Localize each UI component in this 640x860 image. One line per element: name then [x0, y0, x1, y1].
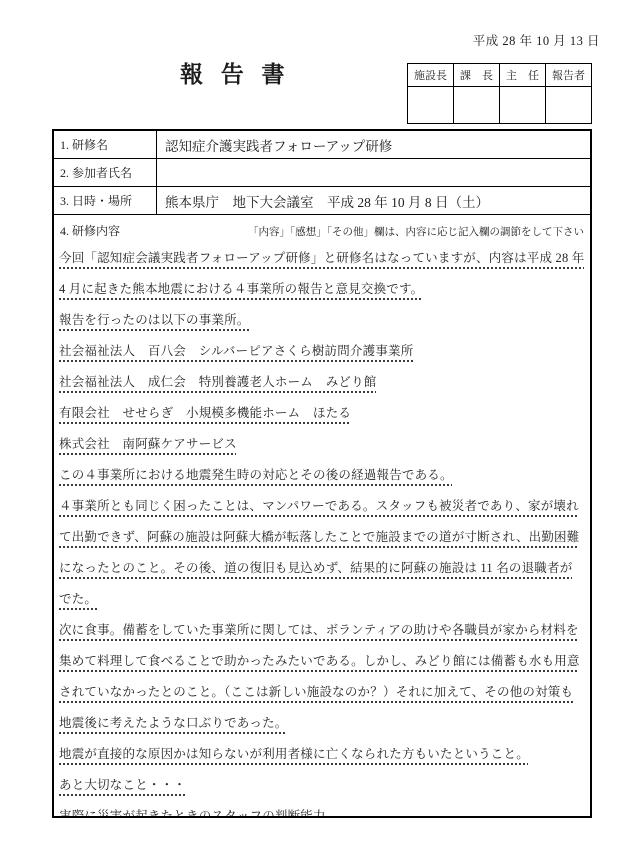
info-row-training-name: 1. 研修名 認知症介護実践者フォローアップ研修	[54, 131, 590, 159]
approval-col-facility-director: 施設長	[408, 64, 454, 87]
training-content-label: 4. 研修内容	[60, 222, 120, 239]
approval-stamp-row	[408, 87, 592, 124]
training-content-section: 4. 研修内容 「内容」「感想」「その他」欄は、内容に応じ記入欄の調節をして下さ…	[54, 215, 590, 816]
approval-stamp-table: 施設長 課 長 主 任 報告者	[407, 63, 592, 124]
stamp-cell-reporter	[546, 87, 592, 124]
body-paragraph: 株式会社 南阿蘇ケアサービス	[59, 429, 585, 460]
body-paragraph: この４事業所における地震発生時の対応とその後の経過報告である。	[59, 460, 585, 491]
document-date: 平成 28 年 10 月 13 日	[473, 31, 600, 49]
approval-col-reporter: 報告者	[546, 64, 592, 87]
info-row-participant-name: 2. 参加者氏名	[54, 159, 590, 187]
document-title: 報 告 書	[180, 56, 291, 89]
body-paragraph: 今回「認知症会議実践者フォローアップ研修」と研修名はなっていますが、内容は平成 …	[59, 243, 585, 305]
participant-name-label: 2. 参加者氏名	[54, 159, 157, 186]
stamp-cell-section-chief	[454, 87, 500, 124]
training-content-header: 4. 研修内容 「内容」「感想」「その他」欄は、内容に応じ記入欄の調節をして下さ…	[54, 215, 590, 239]
training-name-label: 1. 研修名	[54, 131, 157, 158]
entry-field-adjustment-note: 「内容」「感想」「その他」欄は、内容に応じ記入欄の調節をして下さい	[248, 224, 584, 239]
body-paragraph: あと大切なこと・・・	[59, 770, 585, 801]
report-info-table: 1. 研修名 認知症介護実践者フォローアップ研修 2. 参加者氏名 3. 日時・…	[52, 129, 592, 818]
body-paragraph: ４事業所とも同じく困ったことは、マンパワーである。スタッフも被災者であり、家が壊…	[59, 491, 585, 615]
report-document-page: 平成 28 年 10 月 13 日 報 告 書 施設長 課 長 主 任 報告者 …	[0, 0, 640, 860]
body-paragraph: 社会福祉法人 成仁会 特別養護老人ホーム みどり館	[59, 367, 585, 398]
body-paragraph: 地震が直接的な原因かは知らないが利用者様に亡くなられた方もいたということ。	[59, 739, 585, 770]
participant-name-value	[157, 159, 590, 186]
approval-col-senior-staff: 主 任	[500, 64, 546, 87]
approval-header-row: 施設長 課 長 主 任 報告者	[408, 64, 592, 87]
stamp-cell-facility-director	[408, 87, 454, 124]
date-place-value: 熊本県庁 地下大会議室 平成 28 年 10 月 8 日（土）	[157, 187, 590, 214]
stamp-cell-senior-staff	[500, 87, 546, 124]
report-body: 今回「認知症会議実践者フォローアップ研修」と研修名はなっていますが、内容は平成 …	[54, 239, 590, 816]
info-row-date-place: 3. 日時・場所 熊本県庁 地下大会議室 平成 28 年 10 月 8 日（土）	[54, 187, 590, 215]
training-name-value: 認知症介護実践者フォローアップ研修	[157, 131, 590, 158]
date-place-label: 3. 日時・場所	[54, 187, 157, 214]
body-paragraph: 有限会社 せせらぎ 小規模多機能ホーム ほたる	[59, 398, 585, 429]
body-paragraph: 社会福祉法人 百八会 シルバーピアさくら樹訪問介護事業所	[59, 336, 585, 367]
body-paragraph: 報告を行ったのは以下の事業所。	[59, 305, 585, 336]
approval-col-section-chief: 課 長	[454, 64, 500, 87]
body-paragraph: 次に食事。備蓄をしていた事業所に関しては、ボランティアの助けや各職員が家から材料…	[59, 615, 585, 739]
body-paragraph: 実際に災害が起きたときのスタッフの判断能力。	[59, 801, 585, 816]
